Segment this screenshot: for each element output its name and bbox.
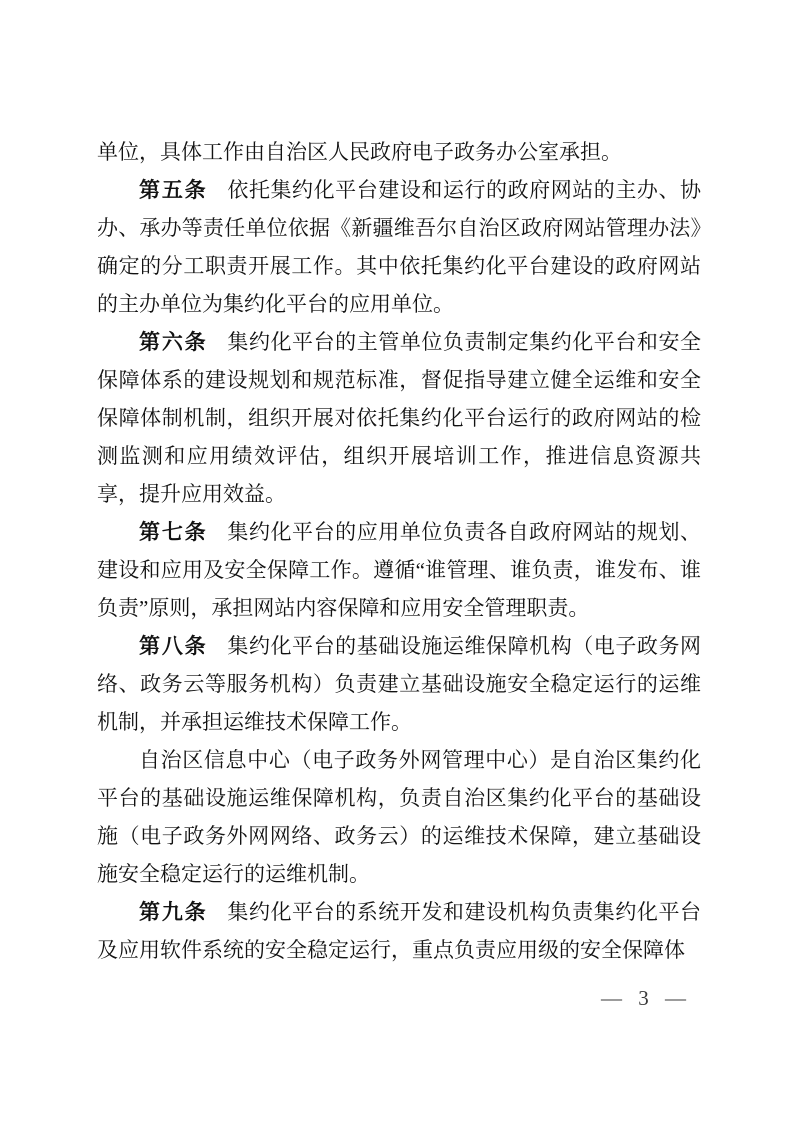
document-page: 单位，具体工作由自治区人民政府电子政务办公室承担。 第五条依托集约化平台建设和运… [0,0,793,1122]
article-number: 第七条 [139,520,207,544]
paragraph-article-7: 第七条集约化平台的应用单位负责各自政府网站的规划、建设和应用及安全保障工作。遵循… [97,513,701,627]
page-number: — 3 — [601,986,687,1010]
document-body: 单位，具体工作由自治区人民政府电子政务办公室承担。 第五条依托集约化平台建设和运… [97,133,701,969]
article-number: 第九条 [139,900,207,924]
article-number: 第六条 [139,330,207,354]
paragraph-article-8: 第八条集约化平台的基础设施运维保障机构（电子政务网络、政务云等服务机构）负责建立… [97,627,701,741]
paragraph-continuation: 单位，具体工作由自治区人民政府电子政务办公室承担。 [97,133,701,171]
article-number: 第八条 [139,634,207,658]
paragraph-article-6: 第六条集约化平台的主管单位负责制定集约化平台和安全保障体系的建设规划和规范标准，… [97,323,701,513]
paragraph-article-5: 第五条依托集约化平台建设和运行的政府网站的主办、协办、承办等责任单位依据《新疆维… [97,171,701,323]
paragraph-text: 单位，具体工作由自治区人民政府电子政务办公室承担。 [97,140,622,164]
paragraph-info-center: 自治区信息中心（电子政务外网管理中心）是自治区集约化平台的基础设施运维保障机构，… [97,741,701,893]
paragraph-text: 集约化平台的主管单位负责制定集约化平台和安全保障体系的建设规划和规范标准，督促指… [97,330,701,506]
paragraph-text: 自治区信息中心（电子政务外网管理中心）是自治区集约化平台的基础设施运维保障机构，… [97,748,701,886]
page-footer: — 3 — [97,984,687,1012]
article-number: 第五条 [139,178,207,202]
paragraph-article-9: 第九条集约化平台的系统开发和建设机构负责集约化平台及应用软件系统的安全稳定运行，… [97,893,701,969]
